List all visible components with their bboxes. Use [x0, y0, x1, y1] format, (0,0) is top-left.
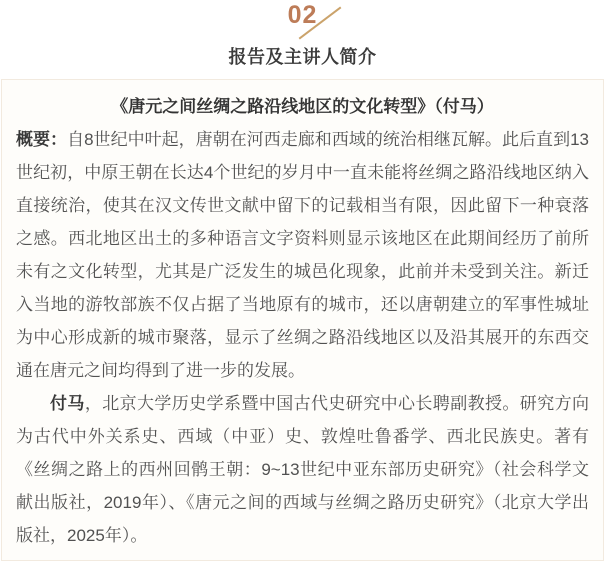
speaker-bio: ，北京大学历史学系暨中国古代史研究中心长聘副教授。研究方向为古代中外关系史、西域…: [16, 394, 589, 545]
abstract-text: 自8世纪中叶起，唐朝在河西走廊和西域的统治相继瓦解。此后直到13世纪初，中原王朝…: [16, 130, 589, 380]
speaker-name: 付马: [50, 394, 85, 413]
report-summary-card: 《唐元之间丝绸之路沿线地区的文化转型》（付马） 概要：自8世纪中叶起，唐朝在河西…: [1, 79, 604, 561]
article-page: 02 报告及主讲人简介 《唐元之间丝绸之路沿线地区的文化转型》（付马） 概要：自…: [0, 0, 605, 567]
section-number: 02: [288, 1, 318, 29]
abstract-paragraph: 概要：自8世纪中叶起，唐朝在河西走廊和西域的统治相继瓦解。此后直到13世纪初，中…: [16, 123, 589, 387]
section-number-group: 02: [288, 2, 318, 32]
report-title: 《唐元之间丝绸之路沿线地区的文化转型》（付马）: [16, 90, 589, 123]
section-title: 报告及主讲人简介: [0, 47, 605, 67]
abstract-label: 概要：: [16, 130, 67, 149]
speaker-paragraph: 付马，北京大学历史学系暨中国古代史研究中心长聘副教授。研究方向为古代中外关系史、…: [16, 387, 589, 552]
section-header: 02 报告及主讲人简介: [0, 0, 605, 67]
